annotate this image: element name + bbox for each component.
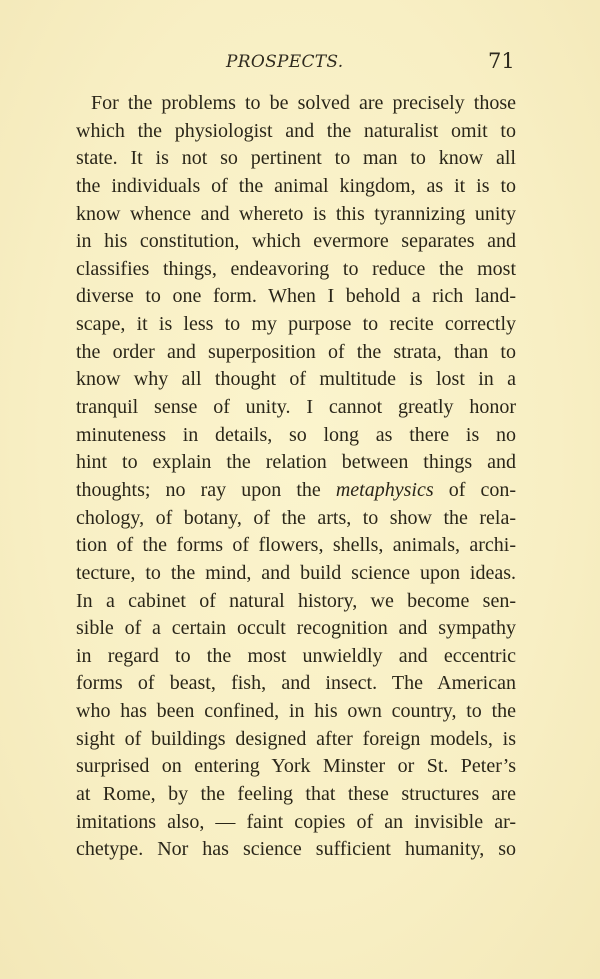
text-segment: thoughts; no ray upon the bbox=[76, 479, 336, 501]
book-page: PROSPECTS. 71 For the problems to be sol… bbox=[0, 0, 600, 979]
text-line: state. It is not so pertinent to man to … bbox=[76, 145, 516, 173]
text-segment: of con- bbox=[434, 479, 516, 501]
page-number: 71 bbox=[488, 49, 515, 73]
text-line: the individuals of the animal kingdom, a… bbox=[76, 173, 516, 201]
body-paragraph: For the problems to be solved are precis… bbox=[76, 90, 516, 864]
text-line: in his constitution, which evermore sepa… bbox=[76, 228, 516, 256]
text-line: know whence and whereto is this tyranniz… bbox=[76, 201, 516, 229]
text-line: scape, it is less to my purpose to recit… bbox=[76, 311, 516, 339]
running-title: PROSPECTS. bbox=[226, 52, 343, 72]
text-line: diverse to one form. When I behold a ric… bbox=[76, 283, 516, 311]
text-line: chetype. Nor has science sufficient huma… bbox=[76, 836, 516, 864]
text-line: forms of beast, fish, and insect. The Am… bbox=[76, 670, 516, 698]
text-line: For the problems to be solved are precis… bbox=[76, 90, 516, 118]
text-line: surprised on entering York Minster or St… bbox=[76, 753, 516, 781]
text-line: in regard to the most unwieldly and ecce… bbox=[76, 643, 516, 671]
text-line: at Rome, by the feeling that these struc… bbox=[76, 781, 516, 809]
text-line: which the physiologist and the naturalis… bbox=[76, 118, 516, 146]
text-line: sight of buildings designed after foreig… bbox=[76, 726, 516, 754]
text-line: the order and superposition of the strat… bbox=[76, 339, 516, 367]
italic-term: metaphysics bbox=[336, 479, 434, 501]
text-line: classifies things, endeavoring to reduce… bbox=[76, 256, 516, 284]
text-line: tion of the forms of flowers, shells, an… bbox=[76, 532, 516, 560]
text-line: imitations also, — faint copies of an in… bbox=[76, 809, 516, 837]
text-line: hint to explain the relation between thi… bbox=[76, 449, 516, 477]
text-line: minuteness in details, so long as there … bbox=[76, 422, 516, 450]
text-line: know why all thought of multitude is los… bbox=[76, 366, 516, 394]
text-line: tecture, to the mind, and build science … bbox=[76, 560, 516, 588]
text-line: chology, of botany, of the arts, to show… bbox=[76, 505, 516, 533]
text-line: In a cabinet of natural history, we beco… bbox=[76, 588, 516, 616]
running-head: PROSPECTS. 71 bbox=[0, 52, 600, 82]
text-line: tranquil sense of unity. I cannot greatl… bbox=[76, 394, 516, 422]
text-line-with-italic: thoughts; no ray upon the metaphysics of… bbox=[76, 477, 516, 505]
text-line: who has been confined, in his own countr… bbox=[76, 698, 516, 726]
text-line: sible of a certain occult recognition an… bbox=[76, 615, 516, 643]
